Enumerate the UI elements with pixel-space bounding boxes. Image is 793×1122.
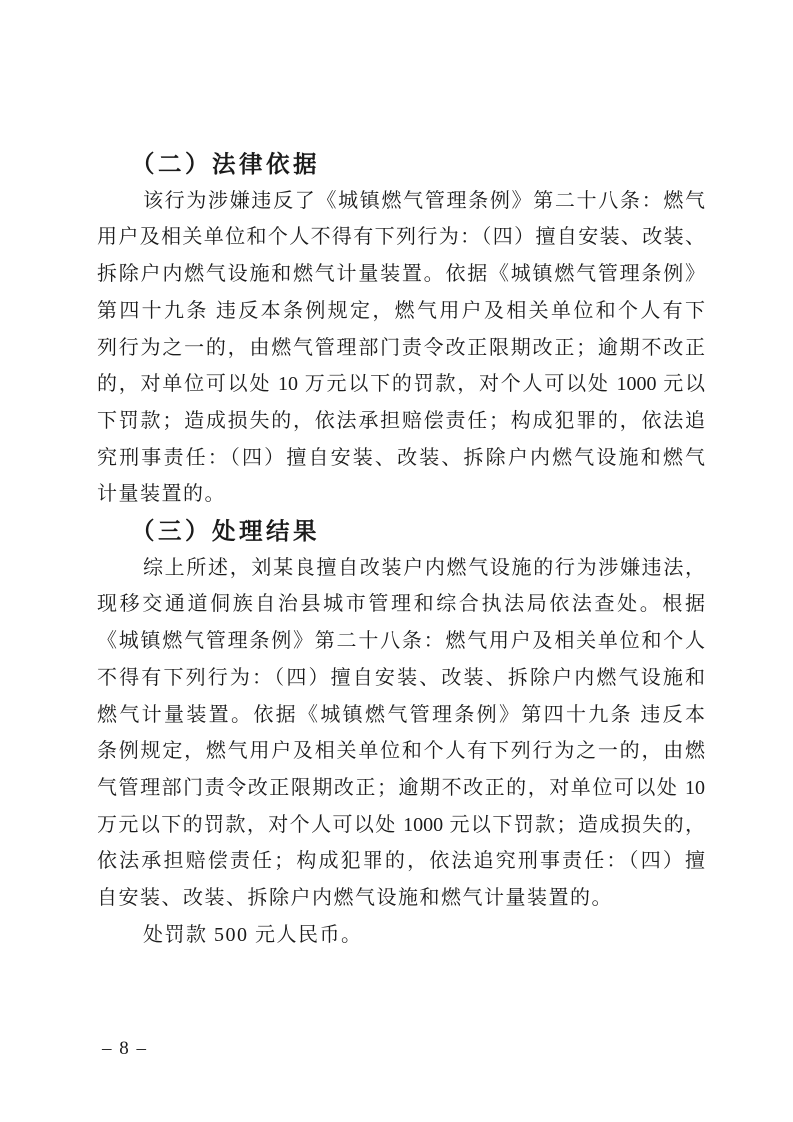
text-line: 第四十九条 违反本条例规定，燃气用户及相关单位和个人有下 (97, 293, 705, 330)
text-line: 综上所述，刘某良擅自改装户内燃气设施的行为涉嫌违法， (97, 550, 705, 587)
text-line: 拆除户内燃气设施和燃气计量装置。依据《城镇燃气管理条例》 (97, 256, 705, 293)
text-line: 的，对单位可以处 10 万元以下的罚款，对个人可以处 1000 元以 (97, 366, 705, 403)
text-line: 《城镇燃气管理条例》第二十八条：燃气用户及相关单位和个人 (97, 623, 705, 660)
text-line: 现移交通道侗族自治县城市管理和综合执法局依法查处。根据 (97, 586, 705, 623)
penalty-amount-line: 处罚款 500 元人民币。 (97, 917, 705, 954)
text-line: 该行为涉嫌违反了《城镇燃气管理条例》第二十八条：燃气 (97, 183, 705, 220)
heading-handling-result: （三）处理结果 (97, 513, 705, 550)
document-page: （二）法律依据 该行为涉嫌违反了《城镇燃气管理条例》第二十八条：燃气 用户及相关… (0, 0, 793, 1122)
heading-legal-basis: （二）法律依据 (97, 146, 705, 183)
text-line: 用户及相关单位和个人不得有下列行为：（四）擅自安装、改装、 (97, 219, 705, 256)
text-line: 条例规定，燃气用户及相关单位和个人有下列行为之一的，由燃 (97, 733, 705, 770)
text-line: 究刑事责任：（四）擅自安装、改装、拆除户内燃气设施和燃气 (97, 440, 705, 477)
page-number: – 8 – (102, 1038, 148, 1060)
text-line: 万元以下的罚款，对个人可以处 1000 元以下罚款；造成损失的， (97, 807, 705, 844)
document-body: （二）法律依据 该行为涉嫌违反了《城镇燃气管理条例》第二十八条：燃气 用户及相关… (97, 146, 705, 953)
text-line: 不得有下列行为：（四）擅自安装、改装、拆除户内燃气设施和 (97, 660, 705, 697)
text-line: 气管理部门责令改正限期改正；逾期不改正的，对单位可以处 10 (97, 770, 705, 807)
text-line: 自安装、改装、拆除户内燃气设施和燃气计量装置的。 (97, 880, 705, 917)
text-line: 依法承担赔偿责任；构成犯罪的，依法追究刑事责任：（四）擅 (97, 843, 705, 880)
text-line: 计量装置的。 (97, 476, 705, 513)
text-line: 燃气计量装置。依据《城镇燃气管理条例》第四十九条 违反本 (97, 697, 705, 734)
text-line: 列行为之一的，由燃气管理部门责令改正限期改正；逾期不改正 (97, 330, 705, 367)
text-line: 下罚款；造成损失的，依法承担赔偿责任；构成犯罪的，依法追 (97, 403, 705, 440)
